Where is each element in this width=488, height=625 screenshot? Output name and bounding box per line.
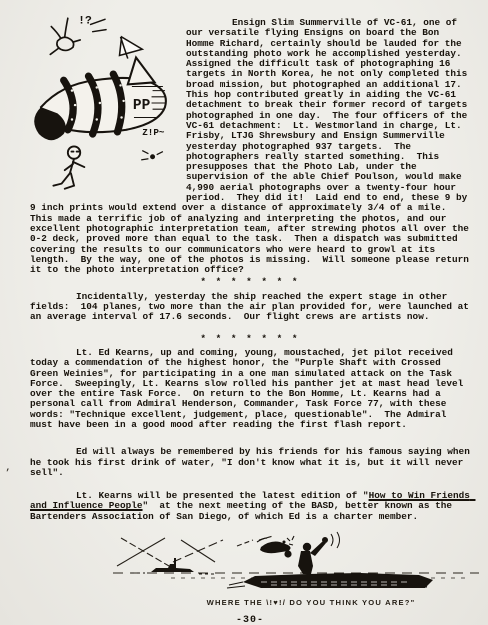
cartoon-caption: WHERE THE \!♥!/ DO YOU THINK YOU ARE?" xyxy=(110,598,482,607)
fly-icon xyxy=(141,151,163,160)
document-page: !? PP xyxy=(0,0,488,625)
photo-plane-cartoon-drawing: !? PP xyxy=(24,10,184,196)
paragraph-kearns-commendation: Lt. Ed Kearns, up and coming, young, mou… xyxy=(30,348,470,430)
jet-plane-silhouette xyxy=(257,538,292,558)
scan-artifact: ’ xyxy=(5,468,10,478)
fist-shaking-figure xyxy=(298,537,328,574)
zip-sound-text: Z!P~ xyxy=(142,127,165,138)
bird-exclaim-text: !? xyxy=(78,15,92,27)
plane-marking-text: PP xyxy=(133,98,151,114)
carrier-silhouette xyxy=(243,573,433,588)
asterisk-separator: * * * * * * * xyxy=(30,277,470,287)
startled-bird-icon xyxy=(50,18,80,54)
fist-motion-arcs xyxy=(331,532,340,548)
asterisk-separator: * * * * * * * xyxy=(30,334,470,344)
carrier-scene-drawing xyxy=(110,530,482,594)
paragraph-kearns-presentation: Lt. Kearns will be presented the latest … xyxy=(30,491,470,522)
motion-dashes xyxy=(91,19,107,31)
paragraph-kearns-saying: Ed will always be remembered by his frie… xyxy=(30,447,470,478)
tail-fin xyxy=(128,58,155,85)
photo-plane-cartoon: !? PP xyxy=(24,10,184,196)
paragraph-launch-record: Incidentally, yesterday the ship reached… xyxy=(30,292,470,323)
destroyer-silhouette xyxy=(151,558,194,572)
page-number: -30- xyxy=(30,616,470,625)
carrier-scene-cartoon: WHERE THE \!♥!/ DO YOU THINK YOU ARE?" xyxy=(110,530,482,607)
grawlix-sparks xyxy=(283,536,294,545)
tangled-pilot xyxy=(53,146,84,188)
searchlight-beams xyxy=(117,536,273,566)
